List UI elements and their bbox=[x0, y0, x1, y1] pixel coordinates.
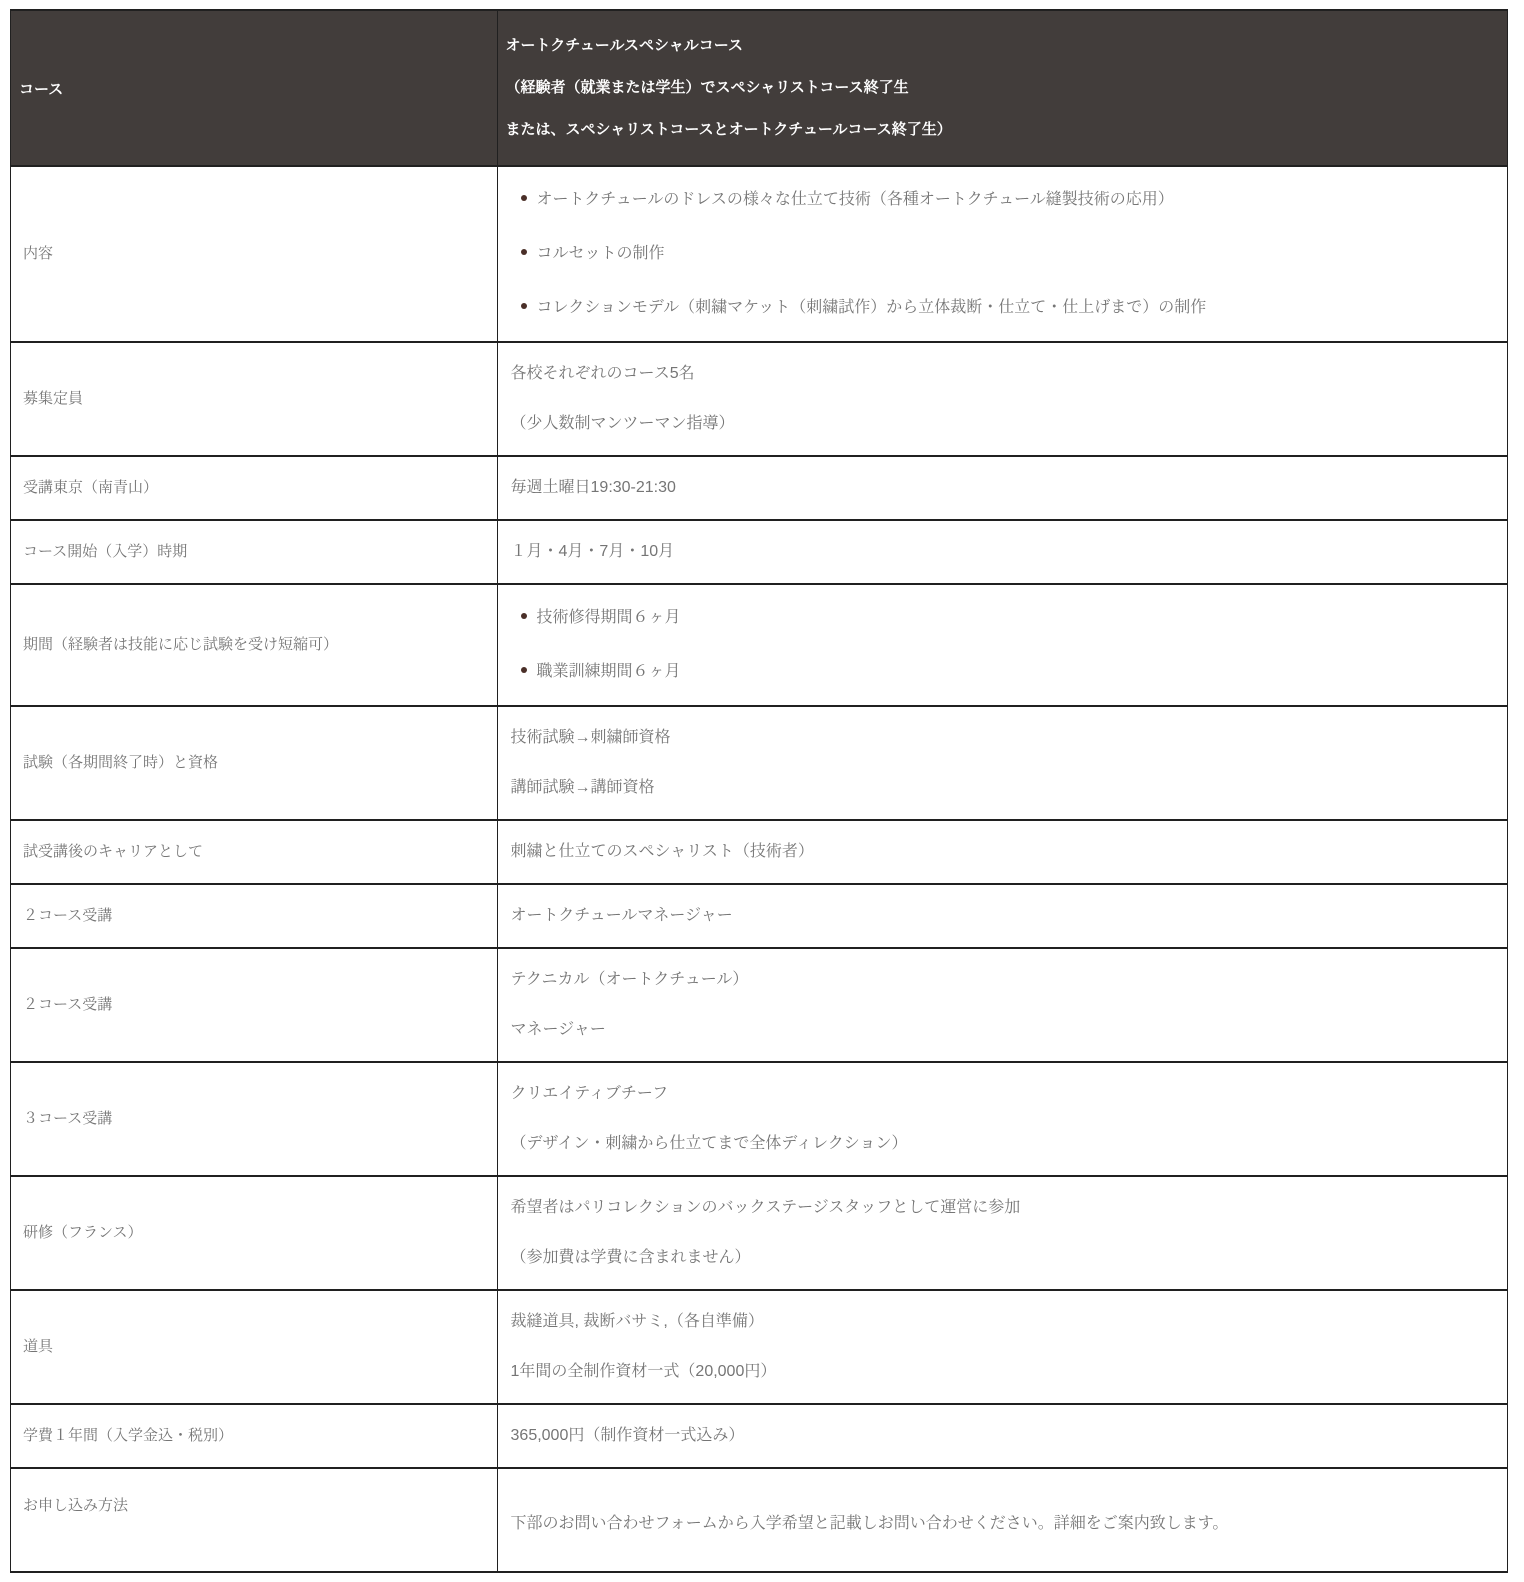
bullet-icon bbox=[521, 249, 527, 255]
row-label: ２コース受講 bbox=[11, 884, 498, 948]
content-line: テクニカル（オートクチュール） bbox=[511, 955, 1495, 1005]
row-content: クリエイティブチーフ （デザイン・刺繍から仕立てまで全体ディレクション） bbox=[497, 1062, 1507, 1176]
content-line: 技術試験→刺繍師資格 bbox=[511, 713, 1495, 763]
row-content: 技術試験→刺繍師資格 講師試験→講師資格 bbox=[497, 706, 1507, 820]
row-content: 365,000円（制作資材一式込み） bbox=[497, 1404, 1507, 1468]
row-label: 道具 bbox=[11, 1290, 498, 1404]
row-label: ３コース受講 bbox=[11, 1062, 498, 1176]
row-label: 受講東京（南青山） bbox=[11, 456, 498, 520]
content-line: （参加費は学費に含まれません） bbox=[511, 1233, 1495, 1283]
table-row-training-france: 研修（フランス） 希望者はパリコレクションのバックステージスタッフとして運営に参… bbox=[11, 1176, 1508, 1290]
content-line: 講師試験→講師資格 bbox=[511, 763, 1495, 813]
row-content: １月・4月・7月・10月 bbox=[497, 520, 1507, 584]
table-row-apply-method: お申し込み方法 下部のお問い合わせフォームから入学希望と記載しお問い合わせくださ… bbox=[11, 1468, 1508, 1572]
content-line: クリエイティブチーフ bbox=[511, 1069, 1495, 1119]
row-label: 募集定員 bbox=[11, 342, 498, 456]
bullet-text: 技術修得期間６ヶ月 bbox=[537, 609, 681, 626]
bullet-icon bbox=[521, 667, 527, 673]
content-line: 下部のお問い合わせフォームから入学希望と記載しお問い合わせください。詳細をご案内… bbox=[511, 1499, 1495, 1549]
bullet-item: 職業訓練期間６ヶ月 bbox=[511, 645, 1495, 699]
content-line: マネージャー bbox=[511, 1005, 1495, 1055]
bullet-icon bbox=[521, 303, 527, 309]
table-row-career: 試受講後のキャリアとして 刺繍と仕立てのスペシャリスト（技術者） bbox=[11, 820, 1508, 884]
row-label: 学費１年間（入学金込・税別） bbox=[11, 1404, 498, 1468]
table-row-contents: 内容 オートクチュールのドレスの様々な仕立て技術（各種オートクチュール縫製技術の… bbox=[11, 166, 1508, 342]
row-content: 希望者はパリコレクションのバックステージスタッフとして運営に参加 （参加費は学費… bbox=[497, 1176, 1507, 1290]
table-row-start-period: コース開始（入学）時期 １月・4月・7月・10月 bbox=[11, 520, 1508, 584]
row-label: 内容 bbox=[11, 166, 498, 342]
row-label: コース開始（入学）時期 bbox=[11, 520, 498, 584]
bullet-text: コレクションモデル（刺繍マケット（刺繍試作）から立体裁断・仕立て・仕上げまで）の… bbox=[537, 299, 1207, 316]
bullet-text: 職業訓練期間６ヶ月 bbox=[537, 663, 681, 680]
bullet-text: コルセットの制作 bbox=[537, 245, 665, 262]
bullet-icon bbox=[521, 613, 527, 619]
row-content: テクニカル（オートクチュール） マネージャー bbox=[497, 948, 1507, 1062]
table-row-tools: 道具 裁縫道具, 裁断バサミ,（各自準備） 1年間の全制作資材一式（20,000… bbox=[11, 1290, 1508, 1404]
bullet-item: コレクションモデル（刺繍マケット（刺繍試作）から立体裁断・仕立て・仕上げまで）の… bbox=[511, 281, 1495, 335]
header-course-title: オートクチュールスペシャルコース （経験者（就業または学生）でスペシャリストコー… bbox=[497, 10, 1507, 166]
content-line: 刺繍と仕立てのスペシャリスト（技術者） bbox=[511, 827, 1495, 877]
table-row-two-courses-2: ２コース受講 テクニカル（オートクチュール） マネージャー bbox=[11, 948, 1508, 1062]
row-label: 期間（経験者は技能に応じ試験を受け短縮可） bbox=[11, 584, 498, 706]
row-label: ２コース受講 bbox=[11, 948, 498, 1062]
row-content: 各校それぞれのコース5名 （少人数制マンツーマン指導） bbox=[497, 342, 1507, 456]
bullet-item: 技術修得期間６ヶ月 bbox=[511, 591, 1495, 645]
table-header-row: コース オートクチュールスペシャルコース （経験者（就業または学生）でスペシャリ… bbox=[11, 10, 1508, 166]
content-line: オートクチュールマネージャー bbox=[511, 891, 1495, 941]
bullet-icon bbox=[521, 195, 527, 201]
row-content: オートクチュールマネージャー bbox=[497, 884, 1507, 948]
content-line: 裁縫道具, 裁断バサミ,（各自準備） bbox=[511, 1297, 1495, 1347]
bullet-text: オートクチュールのドレスの様々な仕立て技術（各種オートクチュール縫製技術の応用） bbox=[537, 191, 1174, 208]
row-content: 技術修得期間６ヶ月 職業訓練期間６ヶ月 bbox=[497, 584, 1507, 706]
table-row-three-courses: ３コース受講 クリエイティブチーフ （デザイン・刺繍から仕立てまで全体ディレクシ… bbox=[11, 1062, 1508, 1176]
content-line: 365,000円（制作資材一式込み） bbox=[511, 1411, 1495, 1461]
content-line: 各校それぞれのコース5名 bbox=[511, 349, 1495, 399]
row-content: 下部のお問い合わせフォームから入学希望と記載しお問い合わせください。詳細をご案内… bbox=[497, 1468, 1507, 1572]
row-content: 毎週土曜日19:30-21:30 bbox=[497, 456, 1507, 520]
content-line: １月・4月・7月・10月 bbox=[511, 527, 1495, 577]
bullet-item: オートクチュールのドレスの様々な仕立て技術（各種オートクチュール縫製技術の応用） bbox=[511, 173, 1495, 227]
row-content: 裁縫道具, 裁断バサミ,（各自準備） 1年間の全制作資材一式（20,000円） bbox=[497, 1290, 1507, 1404]
row-content: 刺繍と仕立てのスペシャリスト（技術者） bbox=[497, 820, 1507, 884]
row-content: オートクチュールのドレスの様々な仕立て技術（各種オートクチュール縫製技術の応用）… bbox=[497, 166, 1507, 342]
table-row-tokyo-schedule: 受講東京（南青山） 毎週土曜日19:30-21:30 bbox=[11, 456, 1508, 520]
content-line: （デザイン・刺繍から仕立てまで全体ディレクション） bbox=[511, 1119, 1495, 1169]
table-row-capacity: 募集定員 各校それぞれのコース5名 （少人数制マンツーマン指導） bbox=[11, 342, 1508, 456]
content-line: （少人数制マンツーマン指導） bbox=[511, 399, 1495, 449]
content-line: 毎週土曜日19:30-21:30 bbox=[511, 463, 1495, 513]
table-row-exams: 試験（各期間終了時）と資格 技術試験→刺繍師資格 講師試験→講師資格 bbox=[11, 706, 1508, 820]
row-label: 試験（各期間終了時）と資格 bbox=[11, 706, 498, 820]
header-course-label: コース bbox=[11, 10, 498, 166]
table-row-duration: 期間（経験者は技能に応じ試験を受け短縮可） 技術修得期間６ヶ月 職業訓練期間６ヶ… bbox=[11, 584, 1508, 706]
header-title-line: （経験者（就業または学生）でスペシャリストコース終了生 bbox=[506, 67, 1499, 109]
header-title-line: オートクチュールスペシャルコース bbox=[506, 25, 1499, 67]
table-row-tuition: 学費１年間（入学金込・税別） 365,000円（制作資材一式込み） bbox=[11, 1404, 1508, 1468]
row-label: 試受講後のキャリアとして bbox=[11, 820, 498, 884]
content-line: 1年間の全制作資材一式（20,000円） bbox=[511, 1347, 1495, 1397]
row-label: お申し込み方法 bbox=[11, 1468, 498, 1572]
bullet-item: コルセットの制作 bbox=[511, 227, 1495, 281]
course-info-table: コース オートクチュールスペシャルコース （経験者（就業または学生）でスペシャリ… bbox=[10, 9, 1508, 1573]
row-label: 研修（フランス） bbox=[11, 1176, 498, 1290]
header-title-line: または、スペシャリストコースとオートクチュールコース終了生） bbox=[506, 109, 1499, 151]
table-row-two-courses-1: ２コース受講 オートクチュールマネージャー bbox=[11, 884, 1508, 948]
content-line: 希望者はパリコレクションのバックステージスタッフとして運営に参加 bbox=[511, 1183, 1495, 1233]
